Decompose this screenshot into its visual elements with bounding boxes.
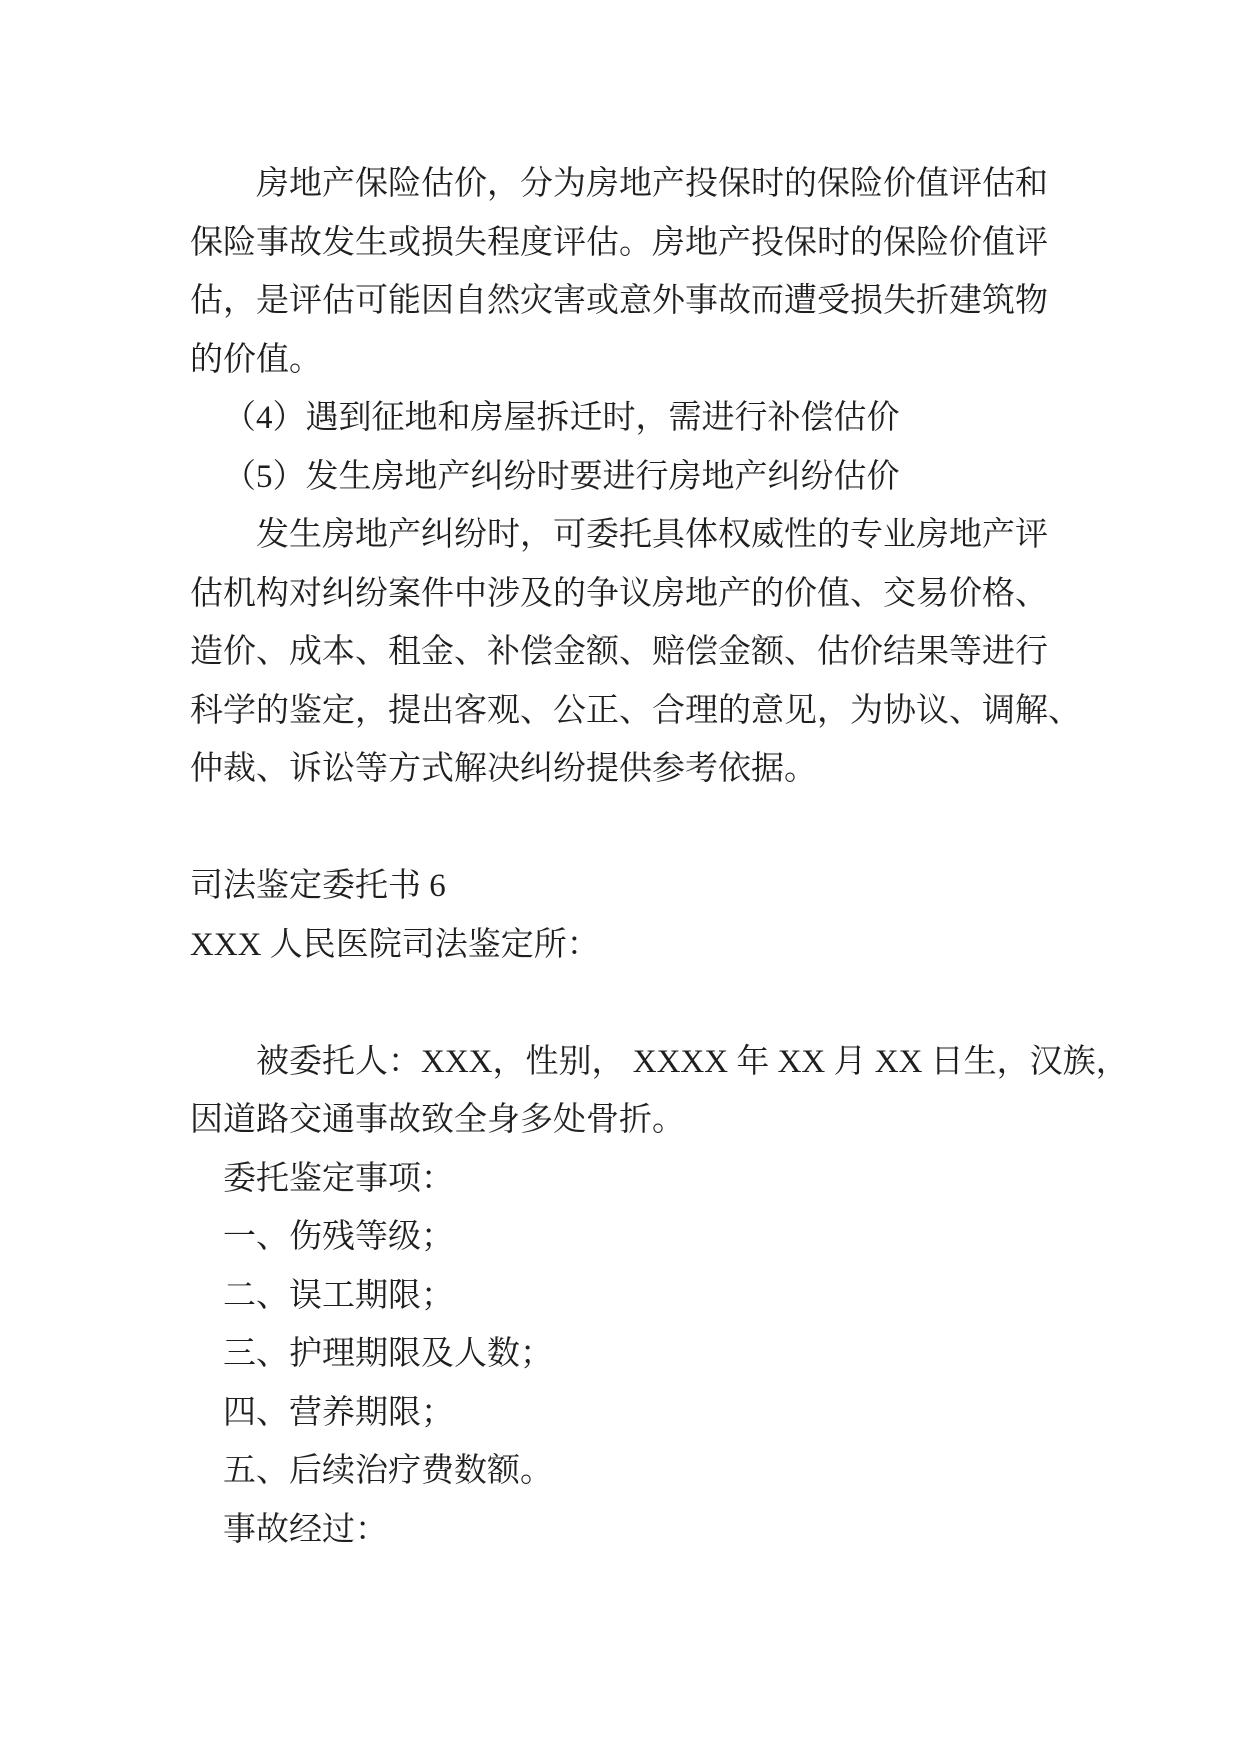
- entrusted-person-line: 被委托人：XXX，性别， XXXX 年 XX 月 XX 日生，汉族，: [190, 1033, 1048, 1092]
- blank-line: [190, 974, 1048, 1033]
- letter-addressee: XXX 人民医院司法鉴定所：: [190, 916, 1048, 975]
- accident-heading: 事故经过：: [190, 1501, 1048, 1560]
- paragraph-line: 保险事故发生或损失程度评估。房地产投保时的保险价值评: [190, 214, 1048, 273]
- paragraph-line: 估，是评估可能因自然灾害或意外事故而遭受损失折建筑物: [190, 272, 1048, 331]
- blank-line: [190, 799, 1048, 858]
- list-item: 二、误工期限；: [190, 1267, 1048, 1326]
- entrusted-person-line: 因道路交通事故致全身多处骨折。: [190, 1091, 1048, 1150]
- paragraph-line: 估机构对纠纷案件中涉及的争议房地产的价值、交易价格、: [190, 565, 1048, 624]
- numbered-item-4: （4）遇到征地和房屋拆迁时，需进行补偿估价: [190, 389, 1048, 448]
- list-item: 一、伤残等级；: [190, 1208, 1048, 1267]
- list-item: 五、后续治疗费数额。: [190, 1442, 1048, 1501]
- paragraph-line: 房地产保险估价，分为房地产投保时的保险价值评估和: [190, 155, 1048, 214]
- document-text-block: 房地产保险估价，分为房地产投保时的保险价值评估和 保险事故发生或损失程度评估。房…: [190, 155, 1048, 1559]
- paragraph-line: 科学的鉴定，提出客观、公正、合理的意见，为协议、调解、: [190, 682, 1048, 741]
- paragraph-line: 造价、成本、租金、补偿金额、赔偿金额、估价结果等进行: [190, 623, 1048, 682]
- list-item: 四、营养期限；: [190, 1384, 1048, 1443]
- numbered-item-5: （5）发生房地产纠纷时要进行房地产纠纷估价: [190, 448, 1048, 507]
- paragraph-line: 的价值。: [190, 331, 1048, 390]
- paragraph-line: 仲裁、诉讼等方式解决纠纷提供参考依据。: [190, 740, 1048, 799]
- letter-title: 司法鉴定委托书 6: [190, 857, 1048, 916]
- list-item: 三、护理期限及人数；: [190, 1325, 1048, 1384]
- document-page: 房地产保险估价，分为房地产投保时的保险价值评估和 保险事故发生或损失程度评估。房…: [0, 0, 1241, 1754]
- matters-heading: 委托鉴定事项：: [190, 1150, 1048, 1209]
- paragraph-line: 发生房地产纠纷时，可委托具体权威性的专业房地产评: [190, 506, 1048, 565]
